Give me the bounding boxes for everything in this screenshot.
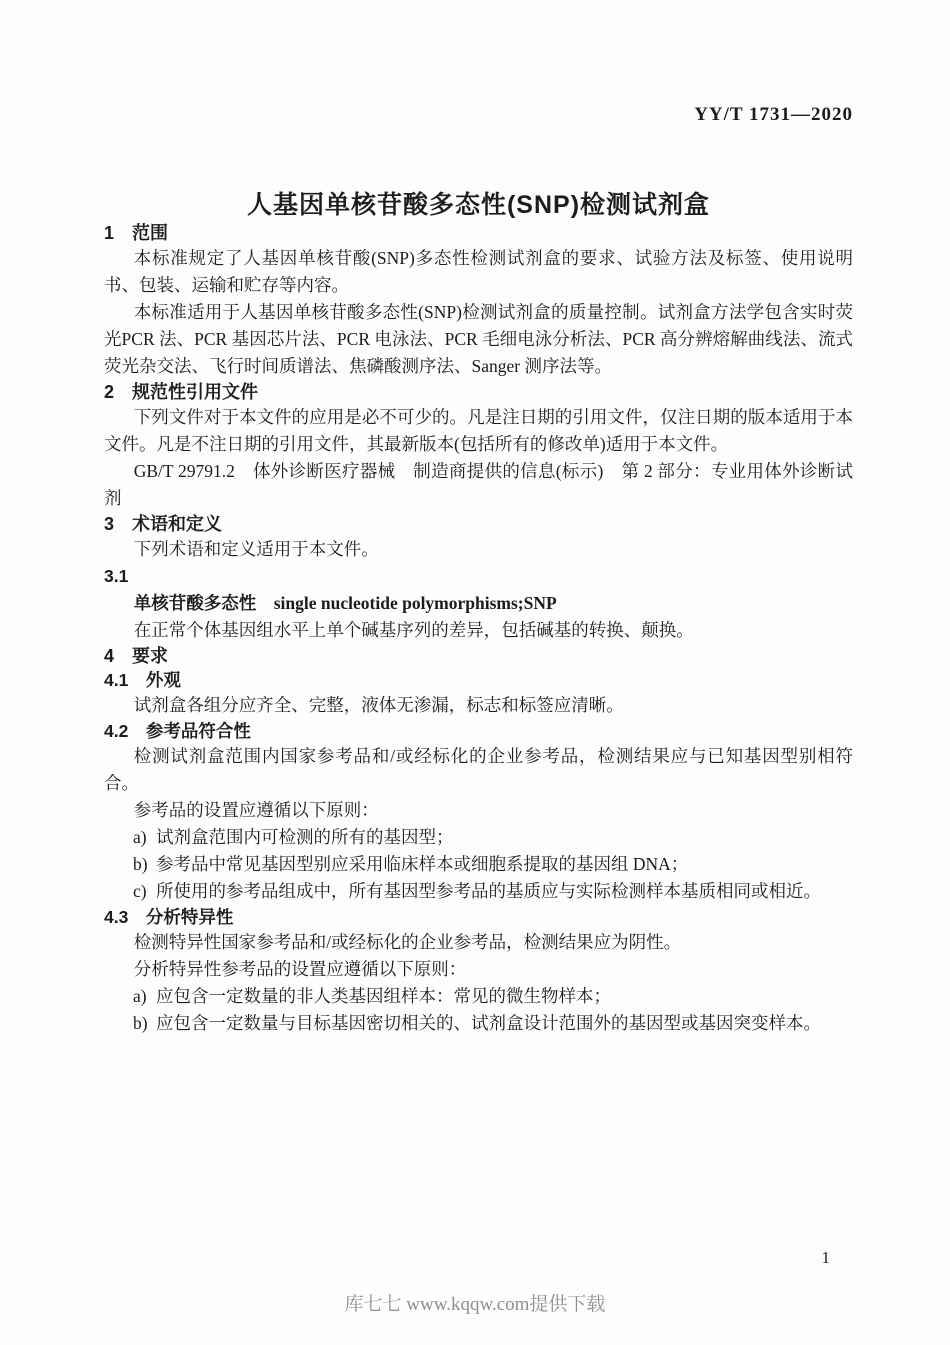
section-1-paragraph-1: 本标准规定了人基因单核苷酸(SNP)多态性检测试剂盒的要求、试验方法及标签、使用… — [104, 245, 853, 299]
list-item-marker: c) — [133, 878, 156, 905]
list-item: a)应包含一定数量的非人类基因组样本：常见的微生物样本； — [104, 983, 853, 1010]
clause-4-1-paragraph: 试剂盒各组分应齐全、完整，液体无渗漏，标志和标签应清晰。 — [104, 692, 853, 719]
clause-4-3-paragraph-2: 分析特异性参考品的设置应遵循以下原则： — [104, 956, 853, 983]
document-title: 人基因单核苷酸多态性(SNP)检测试剂盒 — [104, 189, 853, 221]
section-3-paragraph-1: 下列术语和定义适用于本文件。 — [104, 536, 853, 563]
list-item-marker: b) — [133, 851, 156, 878]
watermark-footer: 库七七 www.kqqw.com提供下载 — [0, 1292, 950, 1318]
document-page: YY/T 1731—2020 人基因单核苷酸多态性(SNP)检测试剂盒 1 范围… — [0, 0, 950, 1345]
clause-3-1-term: 单核苷酸多态性 single nucleotide polymorphisms;… — [104, 590, 853, 617]
list-item-marker: a) — [133, 824, 156, 851]
section-2-heading: 2 规范性引用文件 — [104, 380, 853, 404]
section-1-heading: 1 范围 — [104, 221, 853, 245]
clause-3-1-definition: 在正常个体基因组水平上单个碱基序列的差异，包括碱基的转换、颠换。 — [104, 617, 853, 644]
list-item: b)应包含一定数量与目标基因密切相关的、试剂盒设计范围外的基因型或基因突变样本。 — [104, 1010, 853, 1037]
list-item: b)参考品中常见基因型别应采用临床样本或细胞系提取的基因组 DNA； — [104, 851, 853, 878]
list-item: c)所使用的参考品组成中，所有基因型参考品的基质应与实际检测样本基质相同或相近。 — [104, 878, 853, 905]
list-item-text: 参考品中常见基因型别应采用临床样本或细胞系提取的基因组 DNA； — [156, 854, 688, 874]
clause-4-2-heading: 4.2 参考品符合性 — [104, 719, 853, 743]
list-item-text: 应包含一定数量与目标基因密切相关的、试剂盒设计范围外的基因型或基因突变样本。 — [156, 1013, 821, 1033]
page-content: YY/T 1731—2020 人基因单核苷酸多态性(SNP)检测试剂盒 1 范围… — [0, 103, 950, 1037]
clause-4-3-heading: 4.3 分析特异性 — [104, 905, 853, 929]
section-2-reference: GB/T 29791.2 体外诊断医疗器械 制造商提供的信息(标示) 第 2 部… — [104, 458, 853, 512]
list-item: a)试剂盒范围内可检测的所有的基因型； — [104, 824, 853, 851]
section-4-heading: 4 要求 — [104, 644, 853, 668]
list-item-marker: b) — [133, 1010, 156, 1037]
section-2-paragraph-1: 下列文件对于本文件的应用是必不可少的。凡是注日期的引用文件，仅注日期的版本适用于… — [104, 404, 853, 458]
list-item-text: 试剂盒范围内可检测的所有的基因型； — [156, 827, 454, 847]
clause-4-2-list: a)试剂盒范围内可检测的所有的基因型； b)参考品中常见基因型别应采用临床样本或… — [104, 824, 853, 905]
page-number: 1 — [822, 1247, 831, 1269]
list-item-marker: a) — [133, 983, 156, 1010]
clause-3-1-number: 3.1 — [104, 563, 853, 590]
clause-4-3-paragraph-1: 检测特异性国家参考品和/或经标化的企业参考品，检测结果应为阴性。 — [104, 929, 853, 956]
list-item-text: 所使用的参考品组成中，所有基因型参考品的基质应与实际检测样本基质相同或相近。 — [156, 881, 821, 901]
standard-code: YY/T 1731—2020 — [104, 103, 853, 127]
clause-4-3-list: a)应包含一定数量的非人类基因组样本：常见的微生物样本； b)应包含一定数量与目… — [104, 983, 853, 1037]
clause-4-1-heading: 4.1 外观 — [104, 668, 853, 692]
section-3-heading: 3 术语和定义 — [104, 512, 853, 536]
section-1-paragraph-2: 本标准适用于人基因单核苷酸多态性(SNP)检测试剂盒的质量控制。试剂盒方法学包含… — [104, 299, 853, 380]
clause-4-2-paragraph-1: 检测试剂盒范围内国家参考品和/或经标化的企业参考品，检测结果应与已知基因型别相符… — [104, 743, 853, 797]
list-item-text: 应包含一定数量的非人类基因组样本：常见的微生物样本； — [156, 986, 611, 1006]
clause-4-2-paragraph-2: 参考品的设置应遵循以下原则： — [104, 797, 853, 824]
